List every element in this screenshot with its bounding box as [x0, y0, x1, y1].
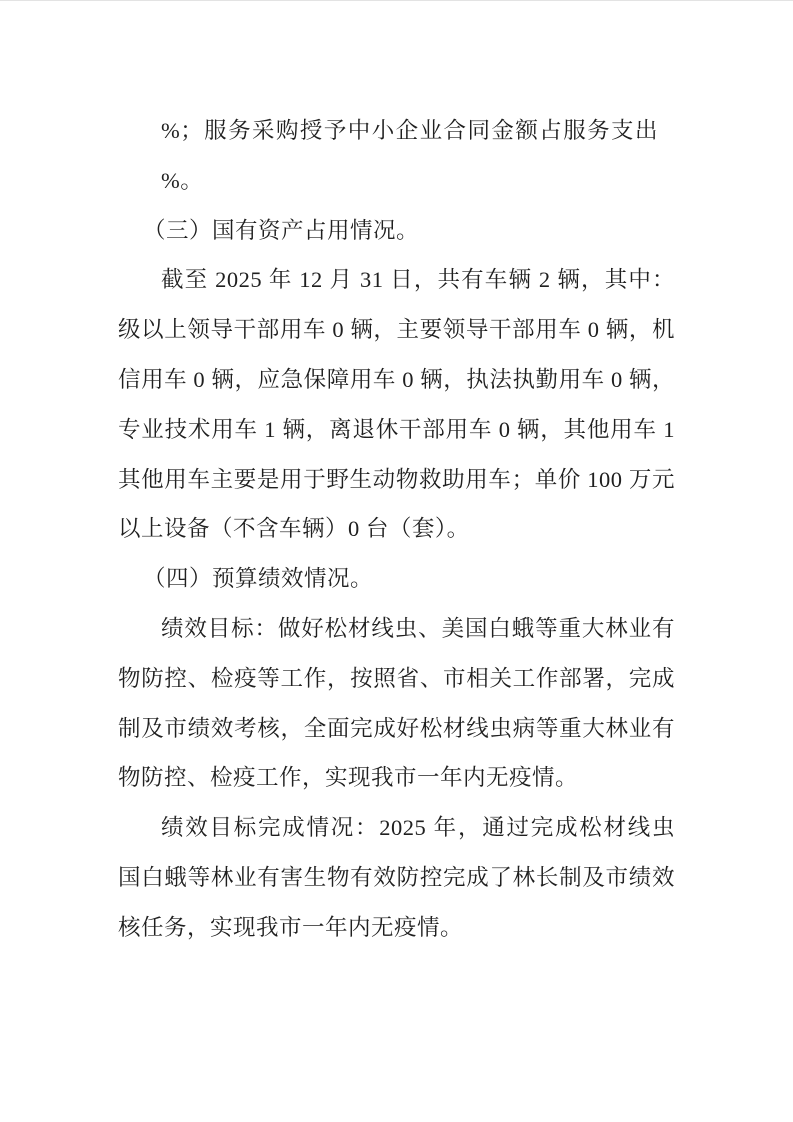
document-line: 级以上领导干部用车 0 辆，主要领导干部用车 0 辆，机要通: [118, 305, 675, 355]
document-line: 国白蛾等林业有害生物有效防控完成了林长制及市绩效考: [118, 853, 675, 903]
document-line: 绩效目标完成情况：2025 年，通过完成松材线虫病、美: [161, 803, 675, 853]
section-heading-state-assets: （三）国有资产占用情况。: [143, 206, 675, 256]
document-line: 绩效目标：做好松材线虫、美国白蛾等重大林业有害生: [161, 604, 675, 654]
document-line: 以上设备（不含车辆）0 台（套）。: [118, 504, 675, 554]
document-line: %。: [161, 156, 675, 206]
document-line: 其他用车主要是用于野生动物救助用车；单价 100 万元（含）: [118, 455, 675, 505]
document-body: %；服务采购授予中小企业合同金额占服务支出金额的 %。 （三）国有资产占用情况。…: [118, 106, 675, 953]
document-line: 截至 2025 年 12 月 31 日，共有车辆 2 辆，其中：副省: [161, 255, 675, 305]
document-line: 专业技术用车 1 辆，离退休干部用车 0 辆，其他用车 1 辆，: [118, 405, 675, 455]
document-line: 物防控、检疫等工作，按照省、市相关工作部署，完成林长: [118, 654, 675, 704]
document-page: %；服务采购授予中小企业合同金额占服务支出金额的 %。 （三）国有资产占用情况。…: [0, 0, 793, 1122]
document-line: 物防控、检疫工作，实现我市一年内无疫情。: [118, 753, 675, 803]
document-line: 信用车 0 辆，应急保障用车 0 辆，执法执勤用车 0 辆，特种: [118, 355, 675, 405]
document-line: %；服务采购授予中小企业合同金额占服务支出金额的: [161, 106, 658, 156]
section-heading-budget-performance: （四）预算绩效情况。: [143, 554, 675, 604]
document-line: 制及市绩效考核，全面完成好松材线虫病等重大林业有害生: [118, 704, 675, 754]
document-line: 核任务，实现我市一年内无疫情。: [118, 903, 675, 953]
